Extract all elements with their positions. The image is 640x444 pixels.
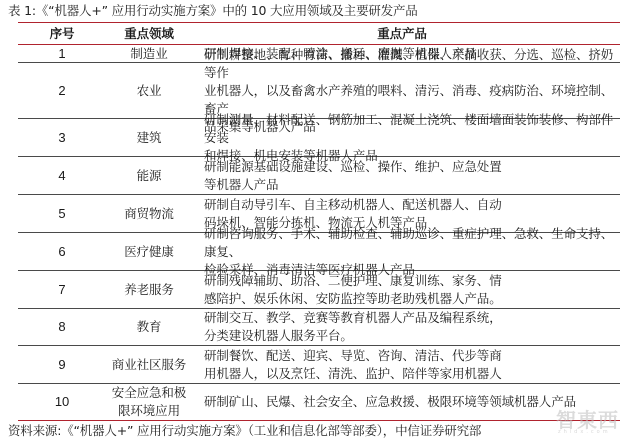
row-number: 6 [18,243,106,261]
row-field: 教育 [106,318,190,336]
row-field: 建筑 [106,129,190,147]
row-number: 8 [18,318,106,336]
application-fields-table: 序号 重点领域 重点产品 1 制造业 研制焊接、装配、喷涂、搬运、磨抛等机器人产… [18,22,620,421]
row-product: 研制能源基础设施建设、巡检、操作、维护、应急处置 等机器人产品 [190,158,620,194]
row-product: 研制餐饮、配送、迎宾、导览、咨询、清洁、代步等商 用机器人，以及烹饪、清洗、监护… [190,347,620,383]
row-number: 4 [18,167,106,185]
row-number: 1 [18,45,106,63]
table-row: 8 教育 研制交互、教学、竞赛等教育机器人产品及编程系统， 分类建设机器人服务平… [18,309,620,346]
row-field: 农业 [106,82,190,100]
row-number: 2 [18,82,106,100]
row-number: 7 [18,281,106,299]
table-row: 7 养老服务 研制残障辅助、助浴、二便护理、康复训练、家务、情 感陪护、娱乐休闲… [18,271,620,309]
table-caption: 表 1:《“机器人+” 应用行动实施方案》中的 10 大应用领域及主要研发产品 [8,3,418,19]
table-row: 9 商业社区服务 研制餐饮、配送、迎宾、导览、咨询、清洁、代步等商 用机器人，以… [18,346,620,384]
row-number: 5 [18,205,106,223]
watermark-subtext: zhidx.com [558,429,611,435]
row-number: 10 [18,393,106,411]
header-number: 序号 [18,25,106,43]
row-product: 研制交互、教学、竞赛等教育机器人产品及编程系统， 分类建设机器人服务平台。 [190,309,620,345]
source-note: 资料来源:《“机器人+” 应用行动实施方案》（工业和信息化部等部委），中信证券研… [8,423,481,439]
row-number: 9 [18,356,106,374]
table-header-row: 序号 重点领域 重点产品 [18,23,620,45]
row-field: 医疗健康 [106,243,190,261]
table-row: 4 能源 研制能源基础设施建设、巡检、操作、维护、应急处置 等机器人产品 [18,157,620,195]
table-row: 10 安全应急和极 限环境应用 研制矿山、民爆、社会安全、应急救援、极限环境等领… [18,384,620,421]
row-number: 3 [18,129,106,147]
header-product: 重点产品 [190,25,620,43]
header-field: 重点领域 [106,25,190,43]
row-field: 制造业 [106,45,190,63]
table-row: 6 医疗健康 研制咨询服务、手术、辅助检查、辅助巡诊、重症护理、急救、生命支持、… [18,233,620,271]
row-product: 研制残障辅助、助浴、二便护理、康复训练、家务、情 感陪护、娱乐休闲、安防监控等助… [190,272,620,308]
table-row: 3 建筑 研制测量、材料配送、钢筋加工、混凝土浇筑、楼面墙面装饰装修、构部件安装… [18,119,620,157]
row-field: 商业社区服务 [106,356,190,374]
row-product: 研制咨询服务、手术、辅助检查、辅助巡诊、重症护理、急救、生命支持、康复、 检验采… [190,225,620,279]
row-field: 安全应急和极 限环境应用 [106,384,190,420]
row-field: 商贸物流 [106,205,190,223]
row-field: 养老服务 [106,281,190,299]
row-field: 能源 [106,167,190,185]
row-product: 研制测量、材料配送、钢筋加工、混凝土浇筑、楼面墙面装饰装修、构部件安装 和焊接、… [190,111,620,165]
